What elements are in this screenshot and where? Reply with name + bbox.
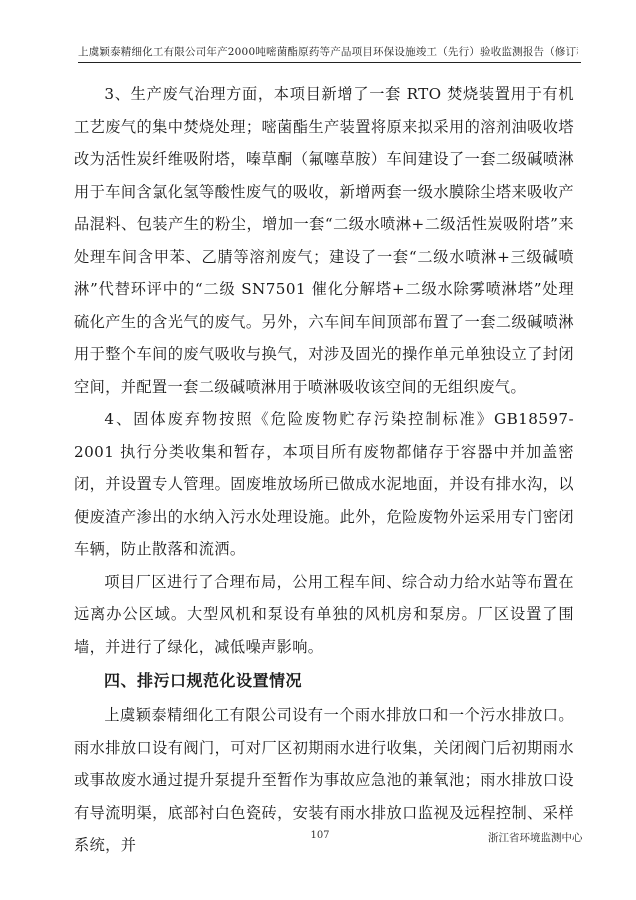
running-header: 上虞颖泰精细化工有限公司年产2000吨嘧菌酯原药等产品项目环保设施竣工（先行）验…	[78, 45, 578, 59]
page-number: 107	[300, 830, 340, 841]
footer-organization: 浙江省环境监测中心	[488, 830, 583, 845]
paragraph-solid-waste: 4、固体废弃物按照《危险废物贮存污染控制标准》GB18597-2001 执行分类…	[74, 403, 574, 566]
document-body: 3、生产废气治理方面，本项目新增了一套 RTO 焚烧装置用于有机工艺废气的集中焚…	[74, 78, 574, 862]
header-divider	[78, 62, 581, 63]
paragraph-waste-gas: 3、生产废气治理方面，本项目新增了一套 RTO 焚烧装置用于有机工艺废气的集中焚…	[74, 78, 574, 403]
paragraph-noise: 项目厂区进行了合理布局，公用工程车间、综合动力给水站等布置在远离办公区域。大型风…	[74, 566, 574, 664]
document-page: 上虞颖泰精细化工有限公司年产2000吨嘧菌酯原药等产品项目环保设施竣工（先行）验…	[0, 0, 636, 900]
section-heading: 四、排污口规范化设置情况	[74, 663, 574, 699]
